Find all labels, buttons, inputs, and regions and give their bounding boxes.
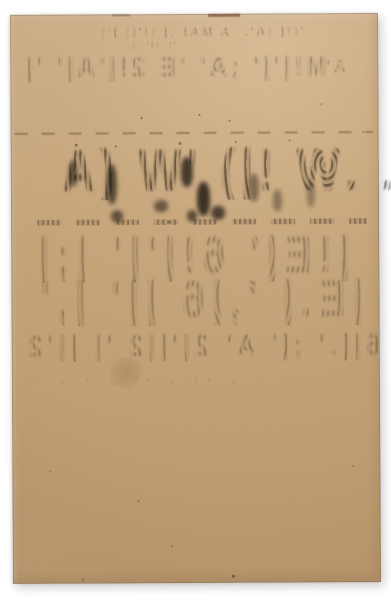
paper-sheet: 'I!| |A'.' A MA! .| |!'|| |'| '|. !|' ;|… [10,13,381,584]
ink-blob [107,164,117,204]
ink-speck [82,579,84,581]
ink-blob [249,174,259,202]
ink-blob [69,161,78,187]
bleedthrough-display-row-2: |E.| ',|6 ||' |,' [33,273,364,327]
bleedthrough-dotted-row: · . ·| . ·' . · . · [28,376,260,388]
bleedthrough-subline: 6||.' ;|' A' 2|'||2 '| ||'2 [24,330,381,362]
ink-speck [49,471,51,473]
ink-speck [199,114,201,116]
ink-speck [363,131,365,133]
ink-speck [235,141,237,143]
ink-speck [75,144,78,147]
ink-blob [273,190,282,212]
bleedthrough-ghost-lower-1: ' . · ' [132,444,197,456]
ink-speck [171,545,173,547]
ink-blob [181,157,193,187]
bleedthrough-top-line-1: 'I!| |A'.' A MA! .| |!'|| |'| [98,25,303,38]
ink-speck [229,120,231,122]
ink-speck [179,142,182,145]
ink-speck [141,117,143,119]
bleedthrough-header-line: M!|'|' ;A' 'E 2!|'A|' '| [22,53,326,82]
ink-blob [211,206,225,220]
printers-rule-thin [15,131,373,135]
ink-speck [115,145,117,147]
ink-blob [187,210,197,222]
top-edge-ink-streak [112,14,130,16]
bleedthrough-top-line-2: '|. !|' ;|. [126,41,176,50]
ink-blob [111,210,123,222]
printers-rule-heavy [37,218,367,226]
ink-blob [307,181,315,207]
photo-backdrop: 'I!| |A'.' A MA! .| |!'|| |'| '|. !|' ;|… [0,0,391,600]
bleedthrough-header-fragment: A' [324,58,346,77]
ink-speck [352,465,354,467]
top-edge-ink-streak [208,14,240,17]
ink-blob [154,200,168,212]
ink-speck [289,139,291,141]
ink-speck [320,103,322,105]
ink-speck [232,575,235,578]
stain-mark [108,356,144,388]
ink-speck [138,500,140,502]
bleedthrough-ghost-lower-2: . ' · [145,511,191,522]
ink-blob [197,182,210,216]
